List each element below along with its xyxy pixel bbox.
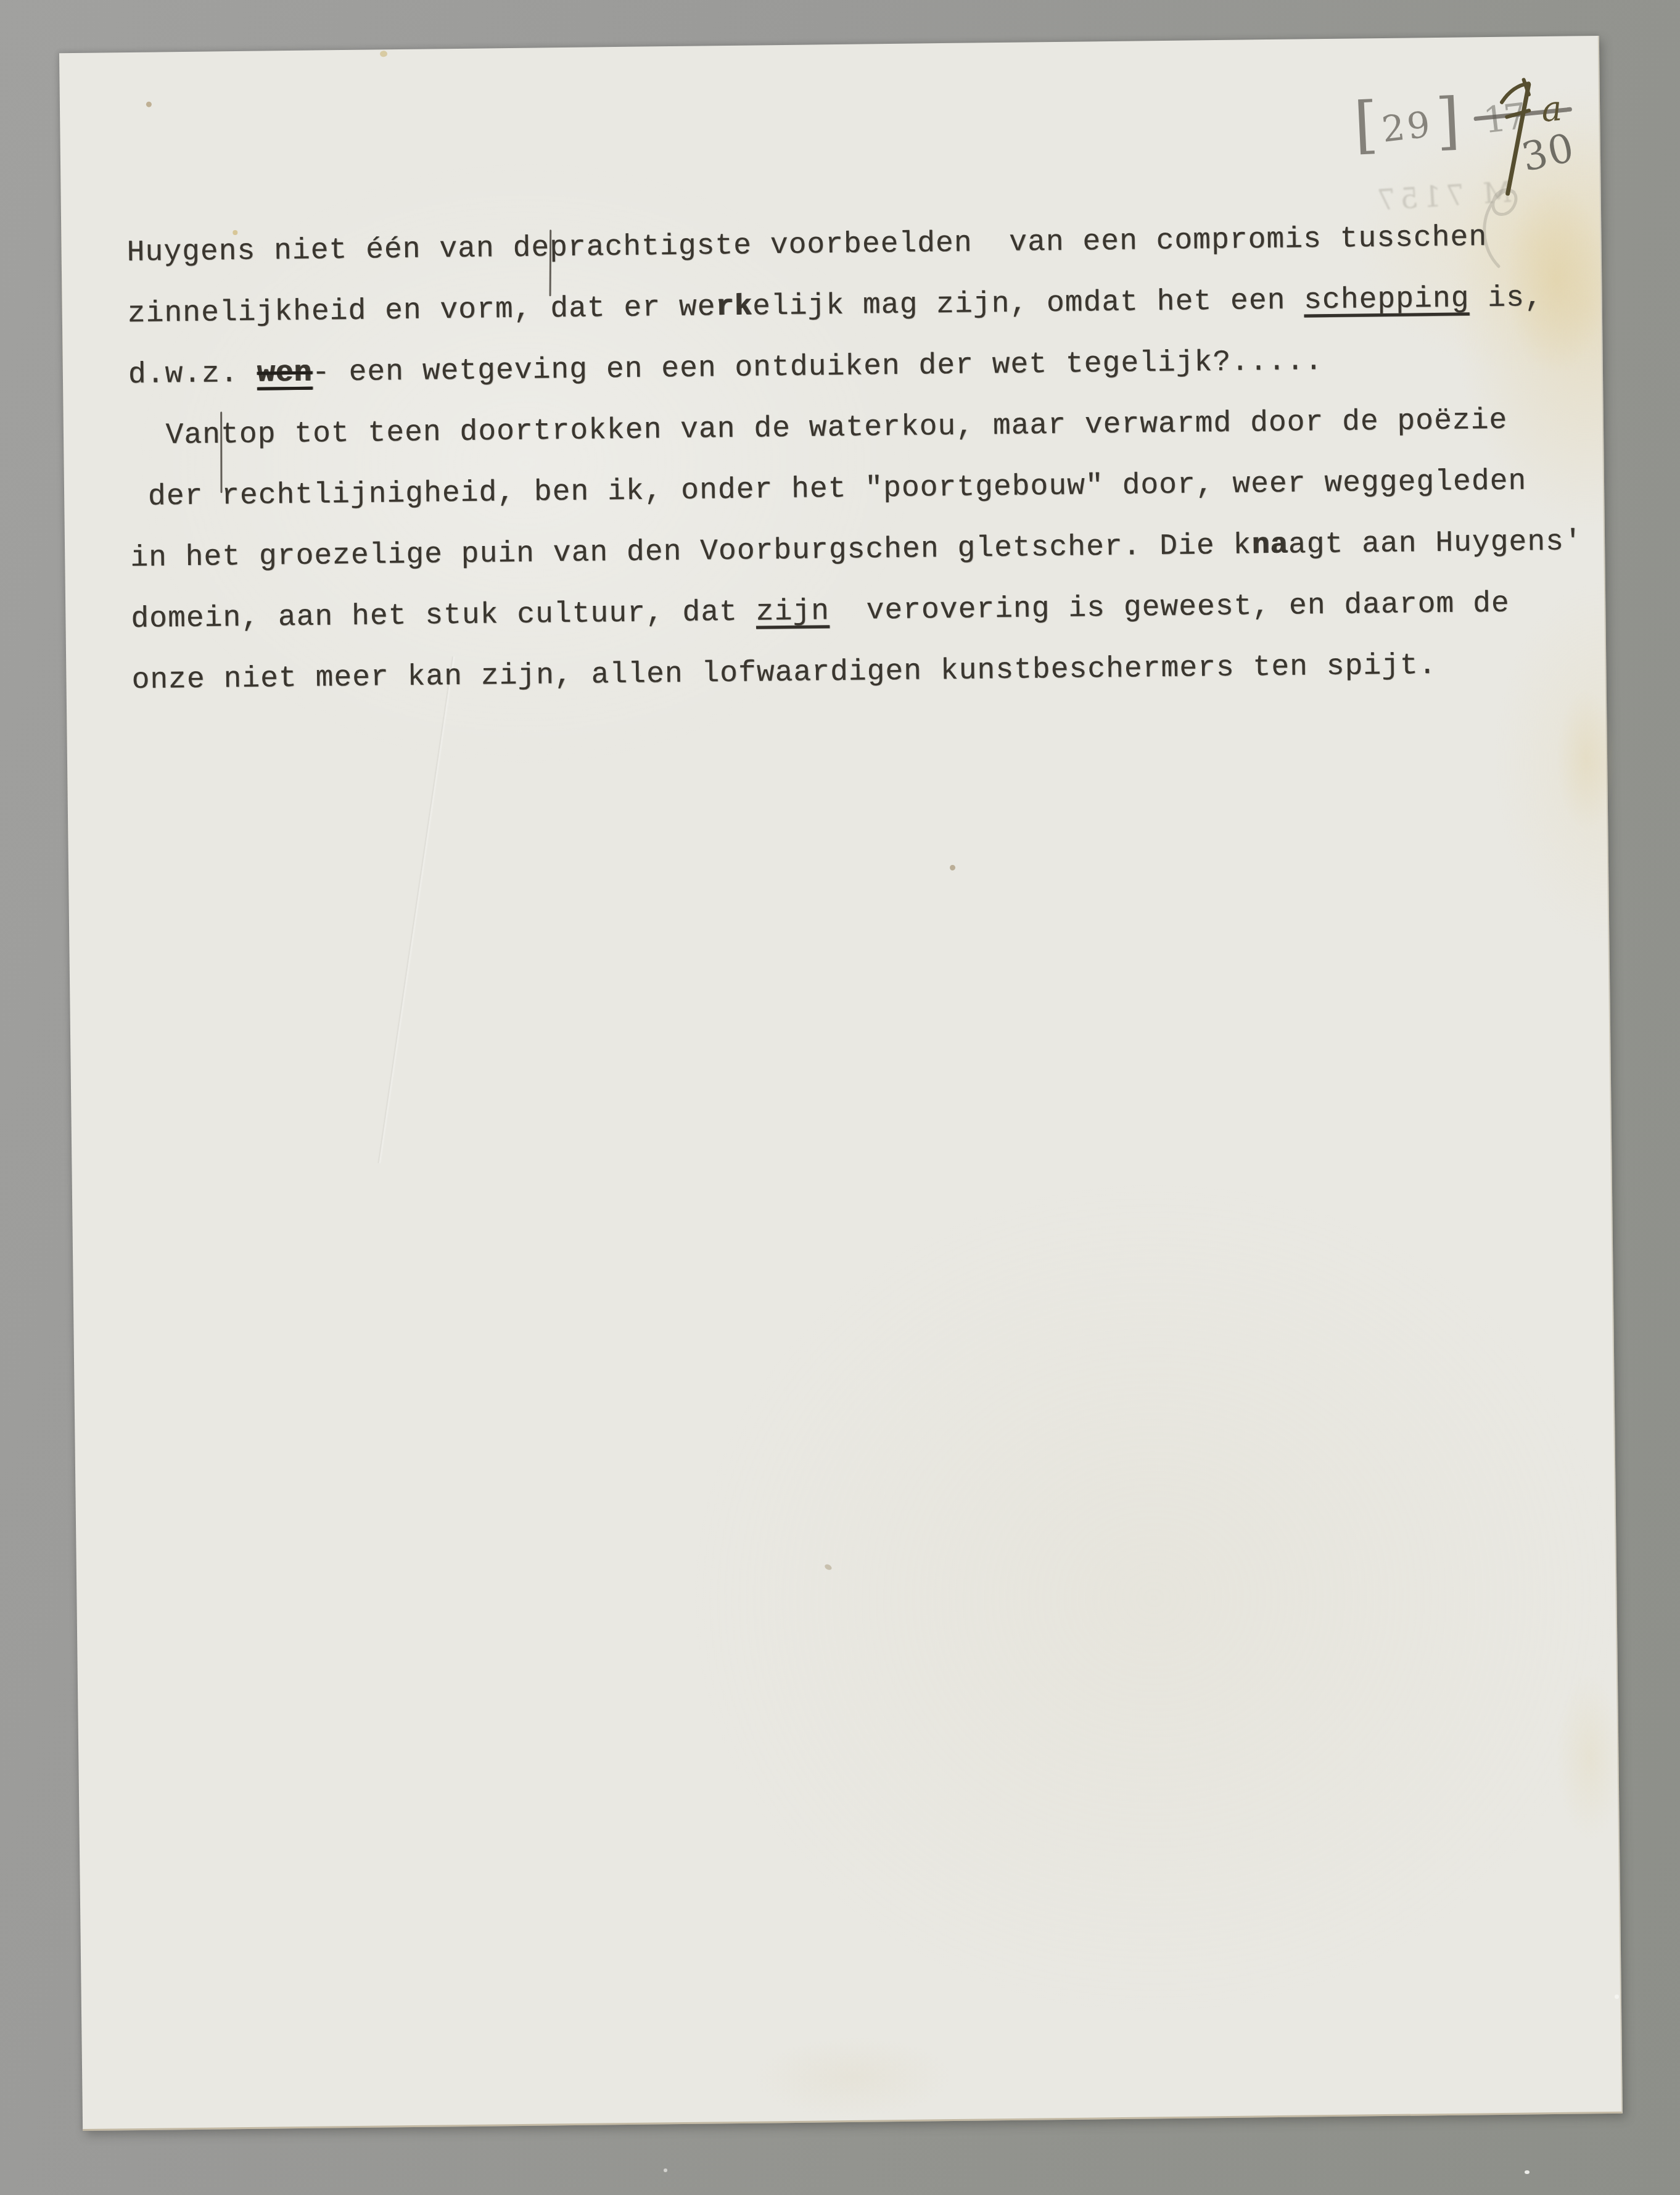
dust-speck: [1525, 2170, 1530, 2174]
text-segment: zijn: [756, 595, 830, 629]
stain: [1555, 1674, 1624, 1841]
text-segment: zinnelijkheid en vorm, dat er we: [127, 291, 715, 331]
text-segment: d.w.z.: [128, 357, 257, 392]
manuscript-page: M 7157 [ 29 ] 17 a 30 Huygens niet één v…: [59, 36, 1623, 2131]
fox-spot: [146, 102, 152, 107]
pencil-insertion-mark: [220, 411, 222, 493]
fox-spot: [950, 865, 955, 870]
paper-crease: [377, 656, 456, 1164]
dust-speck: [1615, 1995, 1619, 1999]
text-segment: schepping: [1304, 282, 1470, 317]
text-segment: in het groezelige puin van den Voorburgs…: [130, 529, 1252, 575]
text-segment: onze niet meer kan zijn, allen lofwaardi…: [131, 649, 1437, 697]
page-number-29: 29: [1376, 102, 1438, 151]
text-segment: domein, aan het stuk cultuur, dat: [131, 596, 756, 636]
typescript-text-block: Huygens niet één van deprachtigste voorb…: [126, 206, 1584, 711]
text-segment: prachtigste voorbeelden van een compromi…: [550, 221, 1488, 265]
bracketed-page-number: [ 29 ]: [1353, 90, 1461, 157]
text-segment: der rechtlijnigheid, ben ik, onder het "…: [130, 465, 1527, 514]
text-segment: Van: [129, 418, 221, 453]
ink-letter-a: a: [1540, 89, 1564, 130]
fox-spot: [380, 51, 387, 57]
right-bracket: ]: [1435, 90, 1462, 153]
text-segment: verovering is geweest, en daarom de: [830, 587, 1510, 629]
text-segment: elijk mag zijn, omdat het een: [752, 284, 1304, 323]
stain: [754, 2036, 952, 2119]
dust-speck: [664, 2168, 667, 2172]
text-segment: na: [1251, 529, 1288, 563]
text-segment: is,: [1469, 281, 1543, 315]
text-segment: wen: [257, 357, 312, 391]
text-segment: - een wetgeving en een ontduiken der wet…: [312, 345, 1324, 390]
fox-spot: [824, 1563, 833, 1571]
text-segment: agt aan Huygens': [1288, 525, 1583, 561]
text-segment: Huygens niet één van de: [126, 231, 550, 270]
text-segment: top tot teen doortrokken van de waterkou…: [221, 404, 1508, 452]
scanner-background: M 7157 [ 29 ] 17 a 30 Huygens niet één v…: [0, 0, 1680, 2195]
stain: [1556, 688, 1616, 831]
text-segment: rk: [715, 291, 752, 324]
left-bracket: [: [1353, 94, 1380, 157]
